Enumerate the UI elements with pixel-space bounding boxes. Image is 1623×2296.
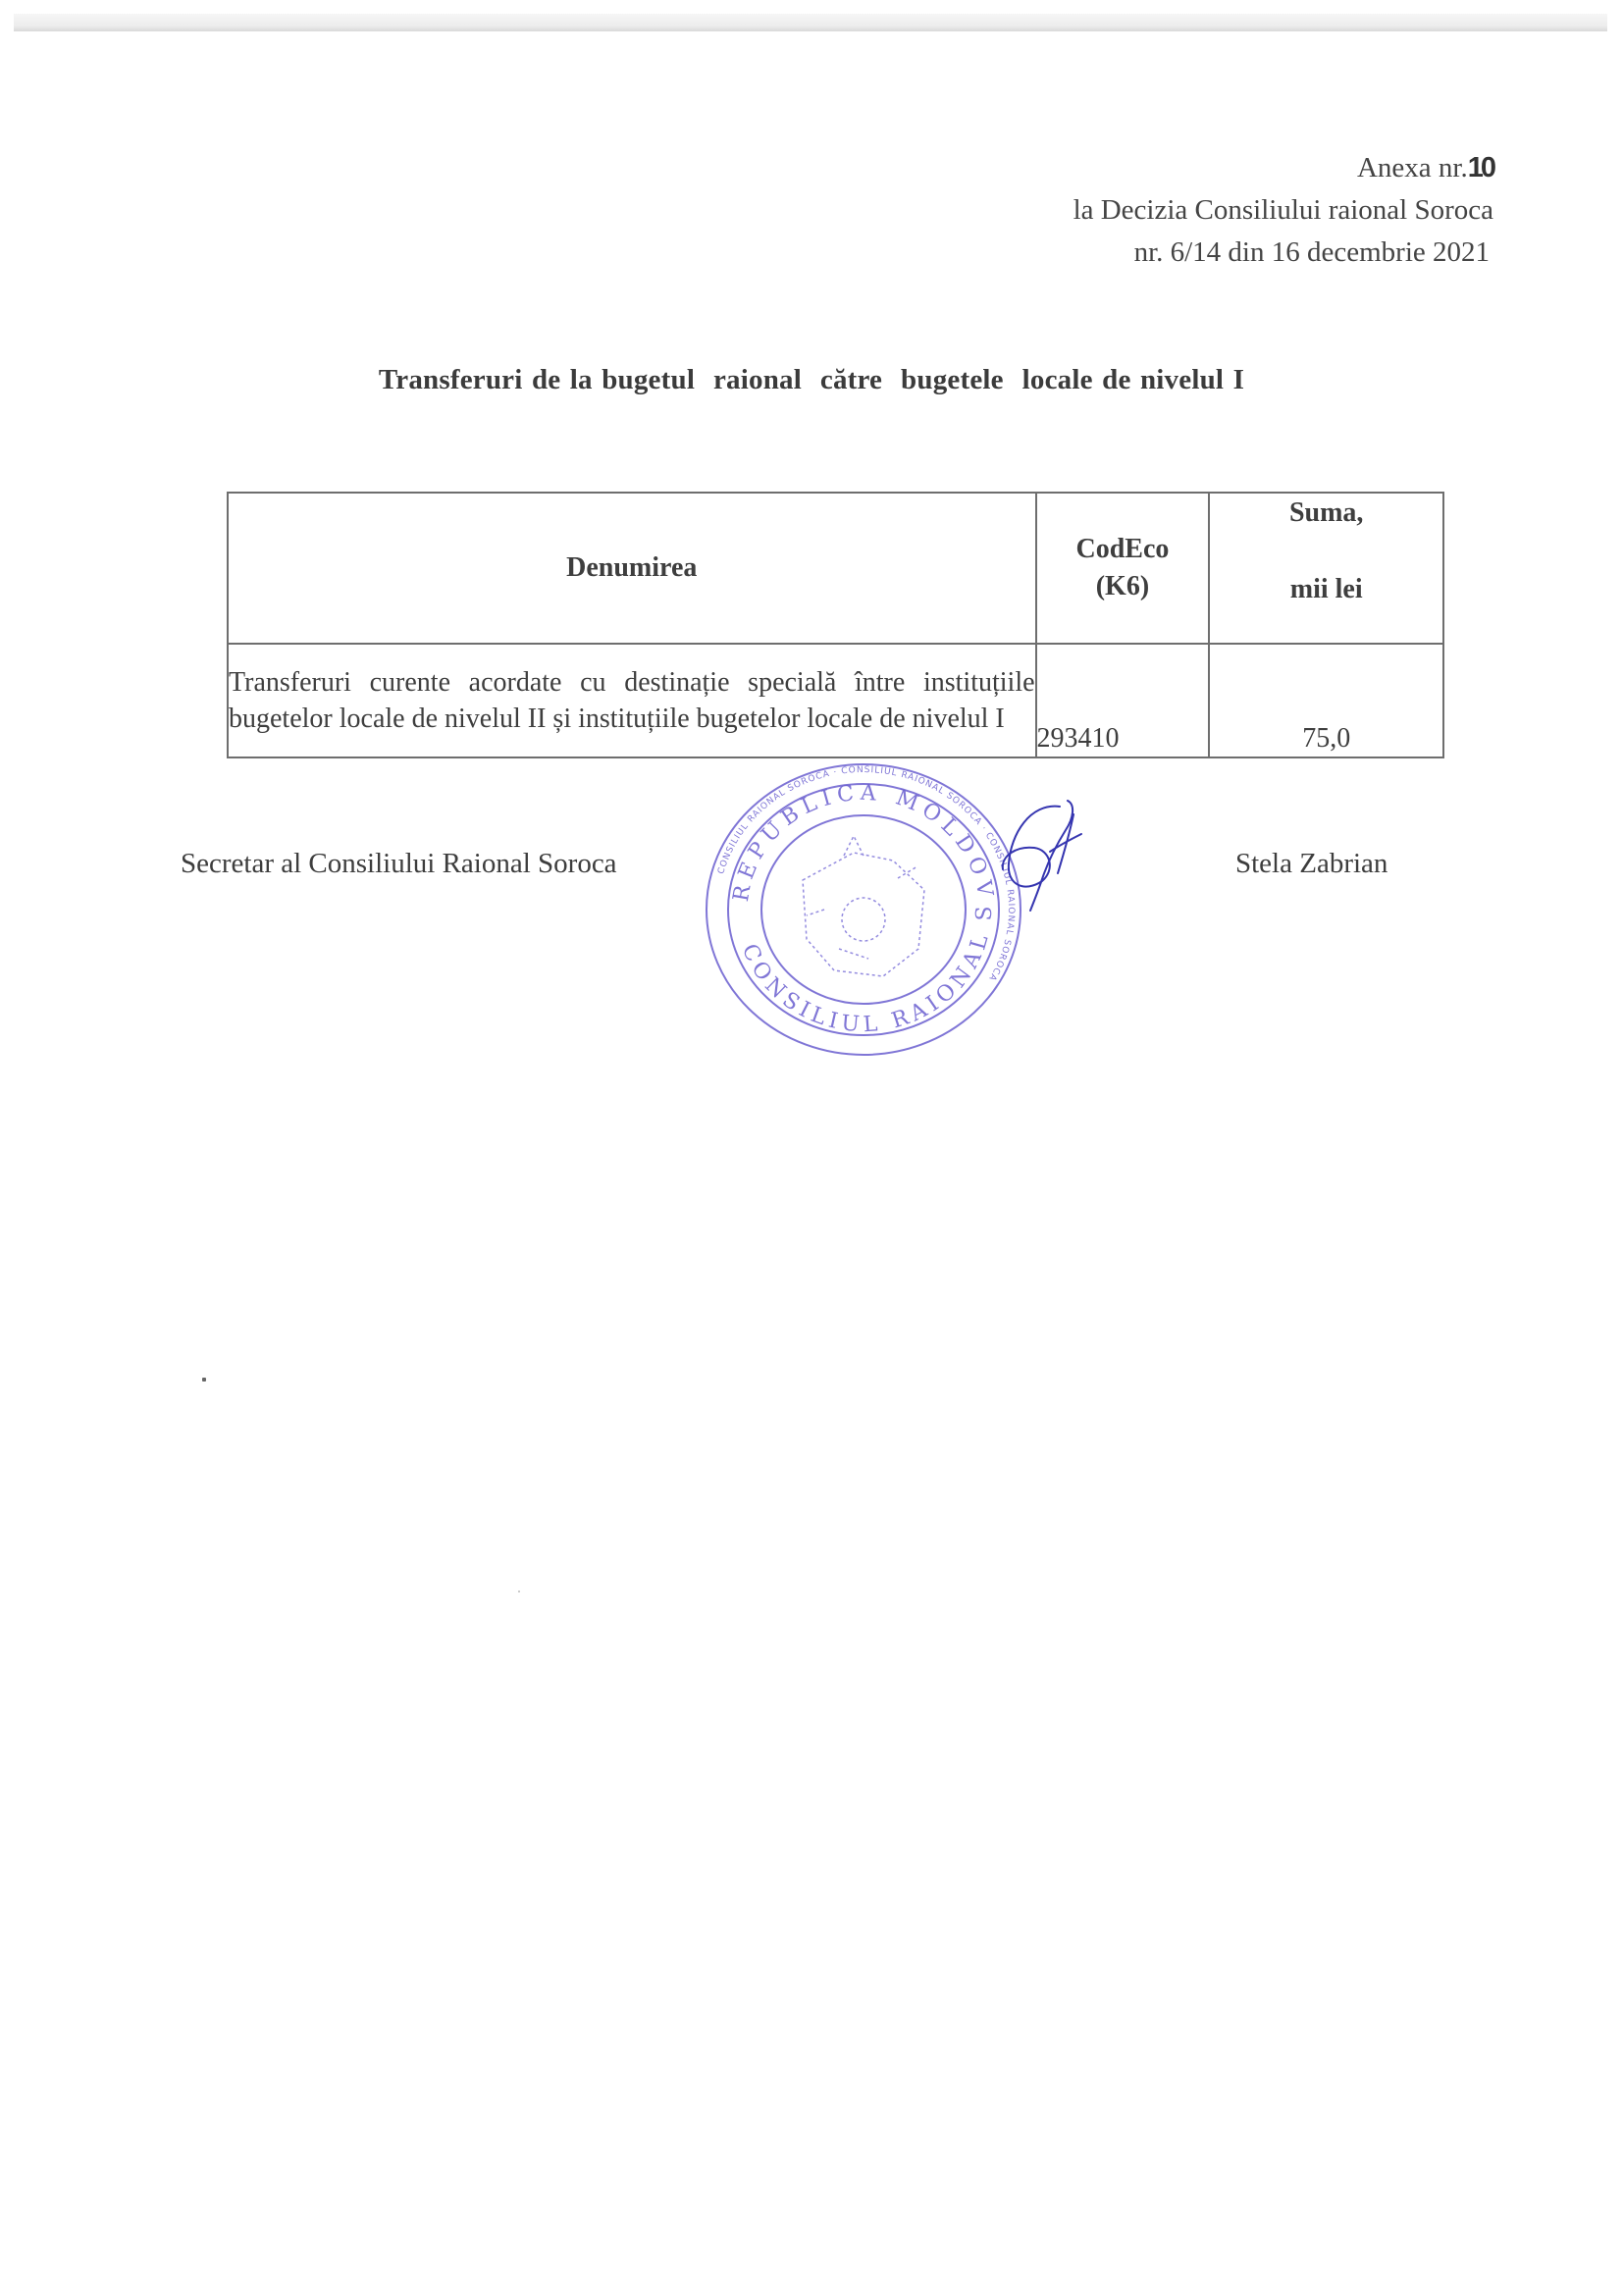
table-row: Transferuri curente acordate cu destinaț…: [228, 644, 1443, 757]
column-header-sum: Suma, mii lei: [1209, 493, 1443, 644]
column-header-sum-line1: Suma,: [1210, 497, 1442, 529]
cell-code: 293410: [1036, 644, 1210, 757]
cell-name: Transferuri curente acordate cu destinaț…: [228, 644, 1036, 757]
column-header-code-line1: CodEco: [1037, 531, 1209, 568]
signatory-role: Secretar al Consiliului Raional Soroca: [181, 848, 617, 880]
annex-number: 10: [1468, 152, 1493, 183]
scan-speck: [518, 1591, 520, 1592]
transfers-table: Denumirea CodEco (K6) Suma, mii lei Tran…: [227, 492, 1444, 758]
scan-speck: [202, 1378, 206, 1382]
decision-reference: la Decizia Consiliului raional Soroca: [1073, 189, 1493, 232]
decision-number-date: nr. 6/14 din 16 decembrie 2021: [1073, 232, 1490, 274]
annex-prefix: Anexa nr.: [1357, 152, 1468, 183]
annex-reference: Anexa nr.10: [1073, 147, 1493, 189]
cell-sum: 75,0: [1209, 644, 1443, 757]
annex-header: Anexa nr.10 la Decizia Consiliului raion…: [1073, 147, 1493, 274]
document-title: Transferuri de la bugetul raional către …: [0, 364, 1623, 396]
document-title-text: Transferuri de la bugetul raional către …: [379, 364, 1244, 395]
official-stamp-icon: CONSILIUL RAIONAL SOROCA · CONSILIUL RAI…: [697, 762, 1030, 1057]
scan-edge-band: [14, 14, 1607, 31]
column-header-sum-line2: mii lei: [1210, 574, 1442, 605]
handwritten-signature-icon: [991, 795, 1089, 922]
column-header-name: Denumirea: [228, 493, 1036, 644]
table-header-row: Denumirea CodEco (K6) Suma, mii lei: [228, 493, 1443, 644]
signatory-name: Stela Zabrian: [1235, 848, 1387, 880]
column-header-code: CodEco (K6): [1036, 493, 1210, 644]
column-header-code-line2: (K6): [1037, 568, 1209, 605]
column-header-name-text: Denumirea: [566, 552, 697, 583]
